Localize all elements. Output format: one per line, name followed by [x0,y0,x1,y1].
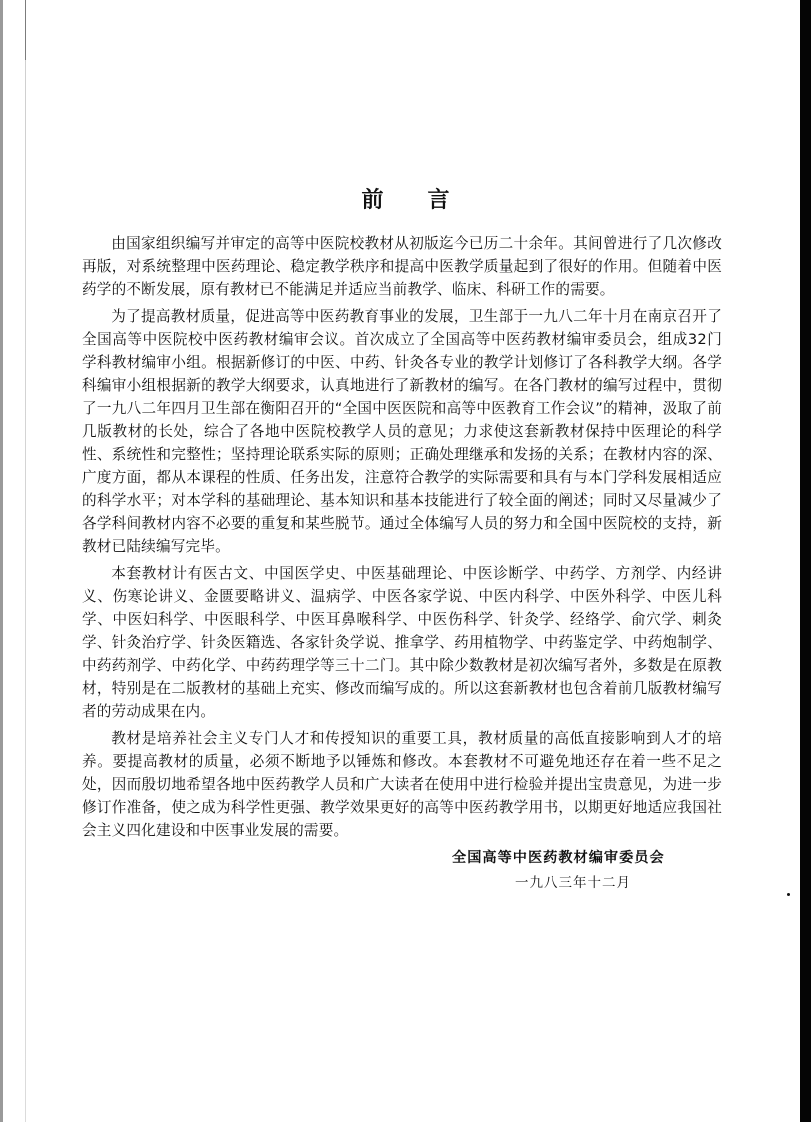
paragraph-2: 为了提高教材质量，促进高等中医药教育事业的发展，卫生部于一九八二年十月在南京召开… [82,305,722,558]
scan-margin-line [25,0,26,1122]
paragraph-4: 教材是培养社会主义专门人才和传授知识的重要工具，教材质量的高低直接影响到人才的培… [82,727,722,842]
scan-speck [787,893,790,896]
signature-date: 一九八三年十二月 [515,871,631,891]
scan-edge-left [0,0,3,1122]
signature-committee: 全国高等中医药教材编审委员会 [452,847,665,867]
scan-edge-right [800,0,811,1122]
paragraph-3: 本套教材计有医古文、中国医学史、中医基础理论、中医诊断学、中药学、方剂学、内经讲… [82,562,722,723]
paragraph-1: 由国家组织编写并审定的高等中医院校教材从初版迄今已历二十余年。其间曾进行了几次修… [82,232,722,301]
page-title: 前言 [0,183,811,214]
preface-body: 由国家组织编写并审定的高等中医院校教材从初版迄今已历二十余年。其间曾进行了几次修… [82,232,722,842]
